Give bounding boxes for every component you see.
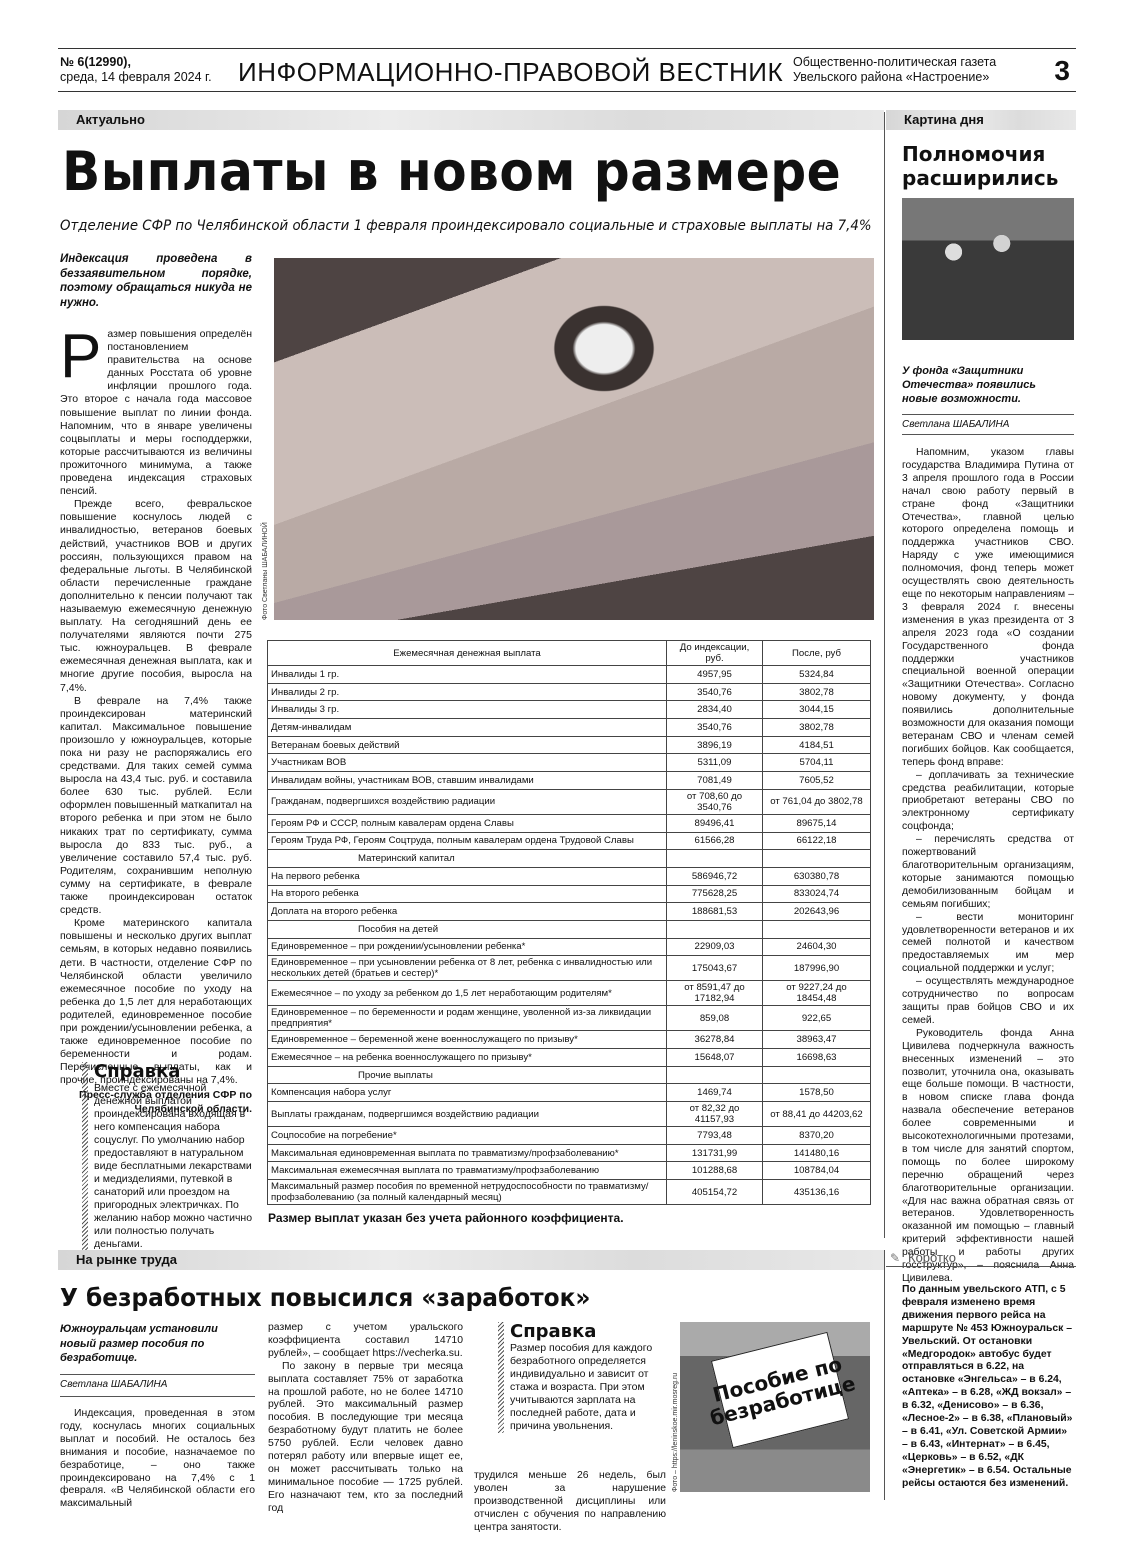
table-row: Максимальная единовременная выплата по т… [268,1144,871,1162]
paragraph: В феврале на 7,4% также проиндексирован … [60,695,252,918]
table-row: Героям РФ и СССР, полным кавалерам орден… [268,814,871,832]
payment-label: Доплата на второго ребенка [268,903,667,921]
table-row: Детям-инвалидам3540,763802,78 [268,719,871,737]
payment-label: Единовременное – при рождении/усыновлени… [268,938,667,956]
value-after: 5704,11 [763,754,871,772]
spravka-box: Справка Вместе с ежемесячной денежной вы… [76,1062,256,1251]
col-header-before: До индексации, руб. [667,641,763,666]
issue-number: № 6(12990), [60,55,131,69]
col-header-payment: Ежемесячная денежная выплата [268,641,667,666]
value-after: 38963,47 [763,1031,871,1049]
value-before: 188681,53 [667,903,763,921]
table-row: На первого ребенка586946,72630380,78 [268,867,871,885]
table-section-row: Прочие выплаты [268,1066,871,1084]
value-before: от 82,32 до 41157,93 [667,1102,763,1127]
value-before: 7793,48 [667,1127,763,1145]
table-section-row: Пособия на детей [268,920,871,938]
table-row: Максимальная ежемесячная выплата по трав… [268,1162,871,1180]
value-before: 89496,41 [667,814,763,832]
table-row: Инвалиды 1 гр.4957,955324,84 [268,666,871,684]
value-before: 859,08 [667,1006,763,1031]
payment-label: Ежемесячное – по уходу за ребенком до 1,… [268,981,667,1006]
empty-cell [763,1066,871,1084]
value-after: 3802,78 [763,719,871,737]
paragraph: – доплачивать за технические средства ре… [902,770,1074,835]
paper-name: Общественно-политическая газета Увельско… [793,55,996,85]
table-row: Участникам ВОВ5311,095704,11 [268,754,871,772]
paragraph: – вести мониторинг удовлетворенности вет… [902,912,1074,977]
table-row: Единовременное – при усыновлении ребенка… [268,956,871,981]
value-after: 89675,14 [763,814,871,832]
side-author: Светлана ШАБАЛИНА [902,415,1074,435]
rubric-korotko: ✎ Коротко [886,1249,1076,1267]
value-before: 1469,74 [667,1084,763,1102]
payment-label: Участникам ВОВ [268,754,667,772]
table-row: Ежемесячное – по уходу за ребенком до 1,… [268,981,871,1006]
table-row: Инвалидам войны, участникам ВОВ, ставшим… [268,772,871,790]
value-before: от 708,60 до 3540,76 [667,789,763,814]
value-after: 833024,74 [763,885,871,903]
value-after: 4184,51 [763,736,871,754]
col-header-after: После, руб [763,641,871,666]
table-row: Выплаты гражданам, подвергшимся воздейст… [268,1102,871,1127]
main-headline: Выплаты в новом размере [62,140,841,203]
payment-label: Единовременное – по беременности и родам… [268,1006,667,1031]
paragraph: Прежде всего, февральское повышение косн… [60,498,252,694]
paragraph: Руководитель фонда Анна Цивилева подчерк… [902,1028,1074,1286]
payment-label: Максимальная ежемесячная выплата по трав… [268,1162,667,1180]
value-before: 131731,99 [667,1144,763,1162]
value-before: 5311,09 [667,754,763,772]
payment-label: Детям-инвалидам [268,719,667,737]
payment-label: Героям РФ и СССР, полным кавалерам орден… [268,814,667,832]
table-row: Доплата на второго ребенка188681,5320264… [268,903,871,921]
page-number: 3 [1054,55,1070,87]
spravka-text: Вместе с ежемесячной денежной выплатой п… [94,1082,256,1251]
payment-label: Гражданам, подвергшихся воздействию ради… [268,789,667,814]
payment-label: Ветеранам боевых действий [268,736,667,754]
value-after: 108784,04 [763,1162,871,1180]
rubric-na-rynke-truda: На рынке труда [58,1250,884,1270]
value-before: 3540,76 [667,719,763,737]
rubric-aktualno: Актуально [58,110,884,130]
empty-cell [667,1066,763,1084]
table-row: Героям Труда РФ, Героям Соцтруда, полным… [268,832,871,850]
side-article: Полномочия расширились У фонда «Защитник… [902,142,1074,1286]
masthead: № 6(12990), среда, 14 февраля 2024 г. ИН… [58,48,1076,92]
empty-cell [667,920,763,938]
payment-label: Соцпособие на погребение* [268,1127,667,1145]
value-after: 7605,52 [763,772,871,790]
section-label: Материнский капитал [268,850,667,868]
issue-info: № 6(12990), среда, 14 февраля 2024 г. [60,55,212,85]
value-before: 586946,72 [667,867,763,885]
payment-label: Компенсация набора услуг [268,1084,667,1102]
payment-label: Единовременное – беременной жене военнос… [268,1031,667,1049]
payment-label: Единовременное – при усыновлении ребенка… [268,956,667,981]
payment-label: Максимальный размер пособия по временной… [268,1180,667,1205]
dropcap: Р [60,328,101,386]
value-before: 175043,67 [667,956,763,981]
payment-label: Выплаты гражданам, подвергшимся воздейст… [268,1102,667,1127]
value-before: 101288,68 [667,1162,763,1180]
spravka-text: Размер пособия для каждого безработного … [510,1342,662,1433]
empty-cell [667,850,763,868]
paragraph: Напомним, указом главы государства Влади… [902,447,1074,770]
table-row: Гражданам, подвергшихся воздействию ради… [268,789,871,814]
table-row: Ветеранам боевых действий3896,194184,51 [268,736,871,754]
payments-table: Ежемесячная денежная выплата До индексац… [267,640,871,1205]
value-after: 5324,84 [763,666,871,684]
value-before: 61566,28 [667,832,763,850]
value-before: 36278,84 [667,1031,763,1049]
value-after: 8370,20 [763,1127,871,1145]
value-after: 66122,18 [763,832,871,850]
value-after: 24604,30 [763,938,871,956]
table-row: Компенсация набора услуг1469,741578,50 [268,1084,871,1102]
side-photo [902,198,1074,340]
value-after: 1578,50 [763,1084,871,1102]
korotko-text: По данным увельского АТП, с 5 февраля из… [902,1284,1074,1491]
spravka-title: Справка [510,1322,662,1342]
empty-cell [763,920,871,938]
table-row: Инвалиды 2 гр.3540,763802,78 [268,683,871,701]
paragraph: – перечислять средства от пожертвований … [902,834,1074,911]
table-row: Единовременное – беременной жене военнос… [268,1031,871,1049]
value-after: от 761,04 до 3802,78 [763,789,871,814]
value-before: 3540,76 [667,683,763,701]
value-after: 922,65 [763,1006,871,1031]
table-row: Соцпособие на погребение*7793,488370,20 [268,1127,871,1145]
table-row: Ежемесячное – на ребенка военнослужащего… [268,1049,871,1067]
side-body: Напомним, указом главы государства Влади… [902,447,1074,1286]
main-subhead: Отделение СФР по Челябинской области 1 ф… [60,218,805,234]
table-row: Единовременное – по беременности и родам… [268,1006,871,1031]
side-lead: У фонда «Защитники Отечества» появились … [902,364,1074,415]
value-after: 630380,78 [763,867,871,885]
section-label: Прочие выплаты [268,1066,667,1084]
section-label: Пособия на детей [268,920,667,938]
value-after: 3802,78 [763,683,871,701]
payment-label: Инвалиды 1 гр. [268,666,667,684]
bottom-col1: Индексация, проведенная в этом году, кос… [60,1408,255,1511]
payment-label: На первого ребенка [268,867,667,885]
table-row: Единовременное – при рождении/усыновлени… [268,938,871,956]
bottom-author: Светлана ШАБАЛИНА [60,1379,255,1397]
issue-date: среда, 14 февраля 2024 г. [60,70,212,84]
value-before: 405154,72 [667,1180,763,1205]
value-after: 3044,15 [763,701,871,719]
payment-label: Инвалиды 3 гр. [268,701,667,719]
bottom-headline: У безработных повысился «заработок» [60,1283,590,1312]
main-lead: Индексация проведена в беззаявительном п… [60,252,252,310]
spravka-title: Справка [94,1062,256,1082]
side-headline: Полномочия расширились [902,142,1074,190]
table-row: Максимальный размер пособия по временной… [268,1180,871,1205]
column-divider [884,112,885,1238]
value-before: 3896,19 [667,736,763,754]
bottom-lead: Южноуральцам установили новый размер пос… [60,1322,255,1375]
value-before: 775628,25 [667,885,763,903]
value-after: от 9227,24 до 18454,48 [763,981,871,1006]
table-row: Инвалиды 3 гр.2834,403044,15 [268,701,871,719]
money-photo [274,258,874,620]
main-article-body: Индексация проведена в беззаявительном п… [60,252,252,1116]
value-before: 2834,40 [667,701,763,719]
photo-caption: Фото Светланы ШАБАЛИНОЙ [262,522,269,620]
payment-label: Ежемесячное – на ребенка военнослужащего… [268,1049,667,1067]
pen-icon: ✎ [890,1249,900,1267]
photo-caption: Фото – https://leninskoe.mir.mosreg.ru [672,1373,679,1492]
payment-label: Инвалидам войны, участникам ВОВ, ставшим… [268,772,667,790]
value-after: от 88,41 до 44203,62 [763,1102,871,1127]
value-before: 22909,03 [667,938,763,956]
table-note: Размер выплат указан без учета районного… [268,1211,624,1225]
value-before: 4957,95 [667,666,763,684]
payment-label: Героям Труда РФ, Героям Соцтруда, полным… [268,832,667,850]
paragraph: – осуществлять международное сотрудничес… [902,976,1074,1028]
bottom-col2: размер с учетом уральского коэффициента … [268,1322,463,1516]
bottom-col3: трудился меньше 26 недель, был уволен за… [474,1470,666,1535]
value-before: 15648,07 [667,1049,763,1067]
table-row: На второго ребенка775628,25833024,74 [268,885,871,903]
value-after: 187996,90 [763,956,871,981]
rubric-kartina-dnya: Картина дня [886,110,1076,130]
value-after: 202643,96 [763,903,871,921]
paragraph: Размер повышения определён постановление… [60,328,252,498]
payment-label: Инвалиды 2 гр. [268,683,667,701]
value-after: 141480,16 [763,1144,871,1162]
value-after: 16698,63 [763,1049,871,1067]
table-section-row: Материнский капитал [268,850,871,868]
payment-label: Максимальная единовременная выплата по т… [268,1144,667,1162]
payment-label: На второго ребенка [268,885,667,903]
column-divider [884,1250,885,1500]
value-before: от 8591,47 до 17182,94 [667,981,763,1006]
value-after: 435136,16 [763,1180,871,1205]
table-header-row: Ежемесячная денежная выплата До индексац… [268,641,871,666]
section-title: ИНФОРМАЦИОННО-ПРАВОВОЙ ВЕСТНИК [238,57,783,88]
bottom-spravka-box: Справка Размер пособия для каждого безра… [492,1322,662,1433]
value-before: 7081,49 [667,772,763,790]
empty-cell [763,850,871,868]
